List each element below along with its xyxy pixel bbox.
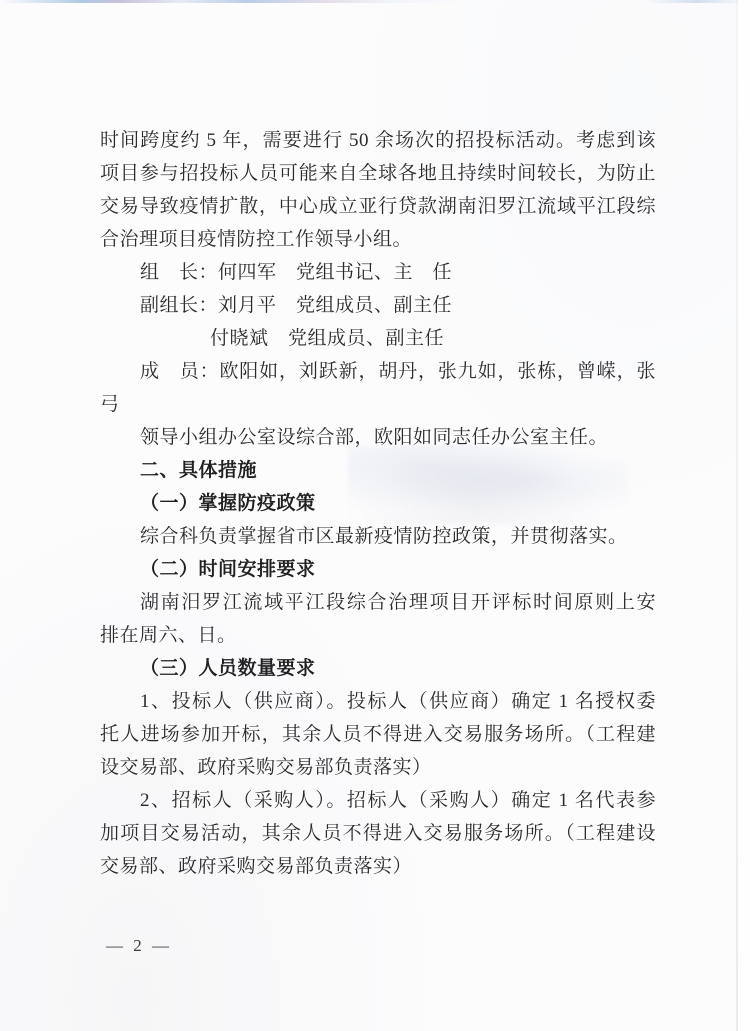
scan-edge-artifact-right — [736, 0, 738, 1031]
numbered-item-line: 交易部、政府采购交易部负责落实） — [100, 850, 656, 883]
body-line: 领导小组办公室设综合部，欧阳如同志任办公室主任。 — [100, 421, 656, 454]
body-line: 排在周六、日。 — [100, 619, 656, 652]
body-line: 合治理项目疫情防控工作领导小组。 — [100, 223, 656, 256]
numbered-item-line: 1、投标人（供应商）。投标人（供应商）确定 1 名授权委 — [100, 685, 656, 718]
document-body: 时间跨度约 5 年，需要进行 50 余场次的招投标活动。考虑到该 项目参与招投标… — [100, 124, 656, 883]
body-line: 湖南汨罗江流域平江段综合治理项目开评标时间原则上安 — [100, 586, 656, 619]
numbered-item-line: 加项目交易活动，其余人员不得进入交易服务场所。（工程建设 — [100, 817, 656, 850]
scanned-document-page: 时间跨度约 5 年，需要进行 50 余场次的招投标活动。考虑到该 项目参与招投标… — [0, 0, 750, 1031]
subsection-heading: （三）人员数量要求 — [100, 652, 656, 685]
scan-edge-artifact-top — [0, 0, 750, 3]
subsection-heading: （二）时间安排要求 — [100, 553, 656, 586]
page-number: — 2 — — [106, 936, 172, 956]
members-line: 弓 — [100, 388, 656, 421]
scan-paper-margin-right — [738, 0, 750, 1031]
deputy-leader-line: 副组长：刘月平 党组成员、副主任 — [100, 289, 656, 322]
body-line: 时间跨度约 5 年，需要进行 50 余场次的招投标活动。考虑到该 — [100, 124, 656, 157]
body-line: 项目参与招投标人员可能来自全球各地且持续时间较长，为防止 — [100, 157, 656, 190]
leader-line: 组 长：何四军 党组书记、主 任 — [100, 256, 656, 289]
body-line: 交易导致疫情扩散，中心成立亚行贷款湖南汨罗江流域平江段综 — [100, 190, 656, 223]
deputy-leader-line: 付晓斌 党组成员、副主任 — [100, 322, 656, 355]
members-line: 成 员：欧阳如，刘跃新，胡丹，张九如，张栋，曾嵘，张 — [100, 355, 656, 388]
body-line: 综合科负责掌握省市区最新疫情防控政策，并贯彻落实。 — [100, 520, 656, 553]
subsection-heading: （一）掌握防疫政策 — [100, 487, 656, 520]
numbered-item-line: 托人进场参加开标，其余人员不得进入交易服务场所。（工程建 — [100, 718, 656, 751]
section-heading: 二、具体措施 — [100, 454, 656, 487]
numbered-item-line: 2、招标人（采购人）。招标人（采购人）确定 1 名代表参 — [100, 784, 656, 817]
numbered-item-line: 设交易部、政府采购交易部负责落实） — [100, 751, 656, 784]
